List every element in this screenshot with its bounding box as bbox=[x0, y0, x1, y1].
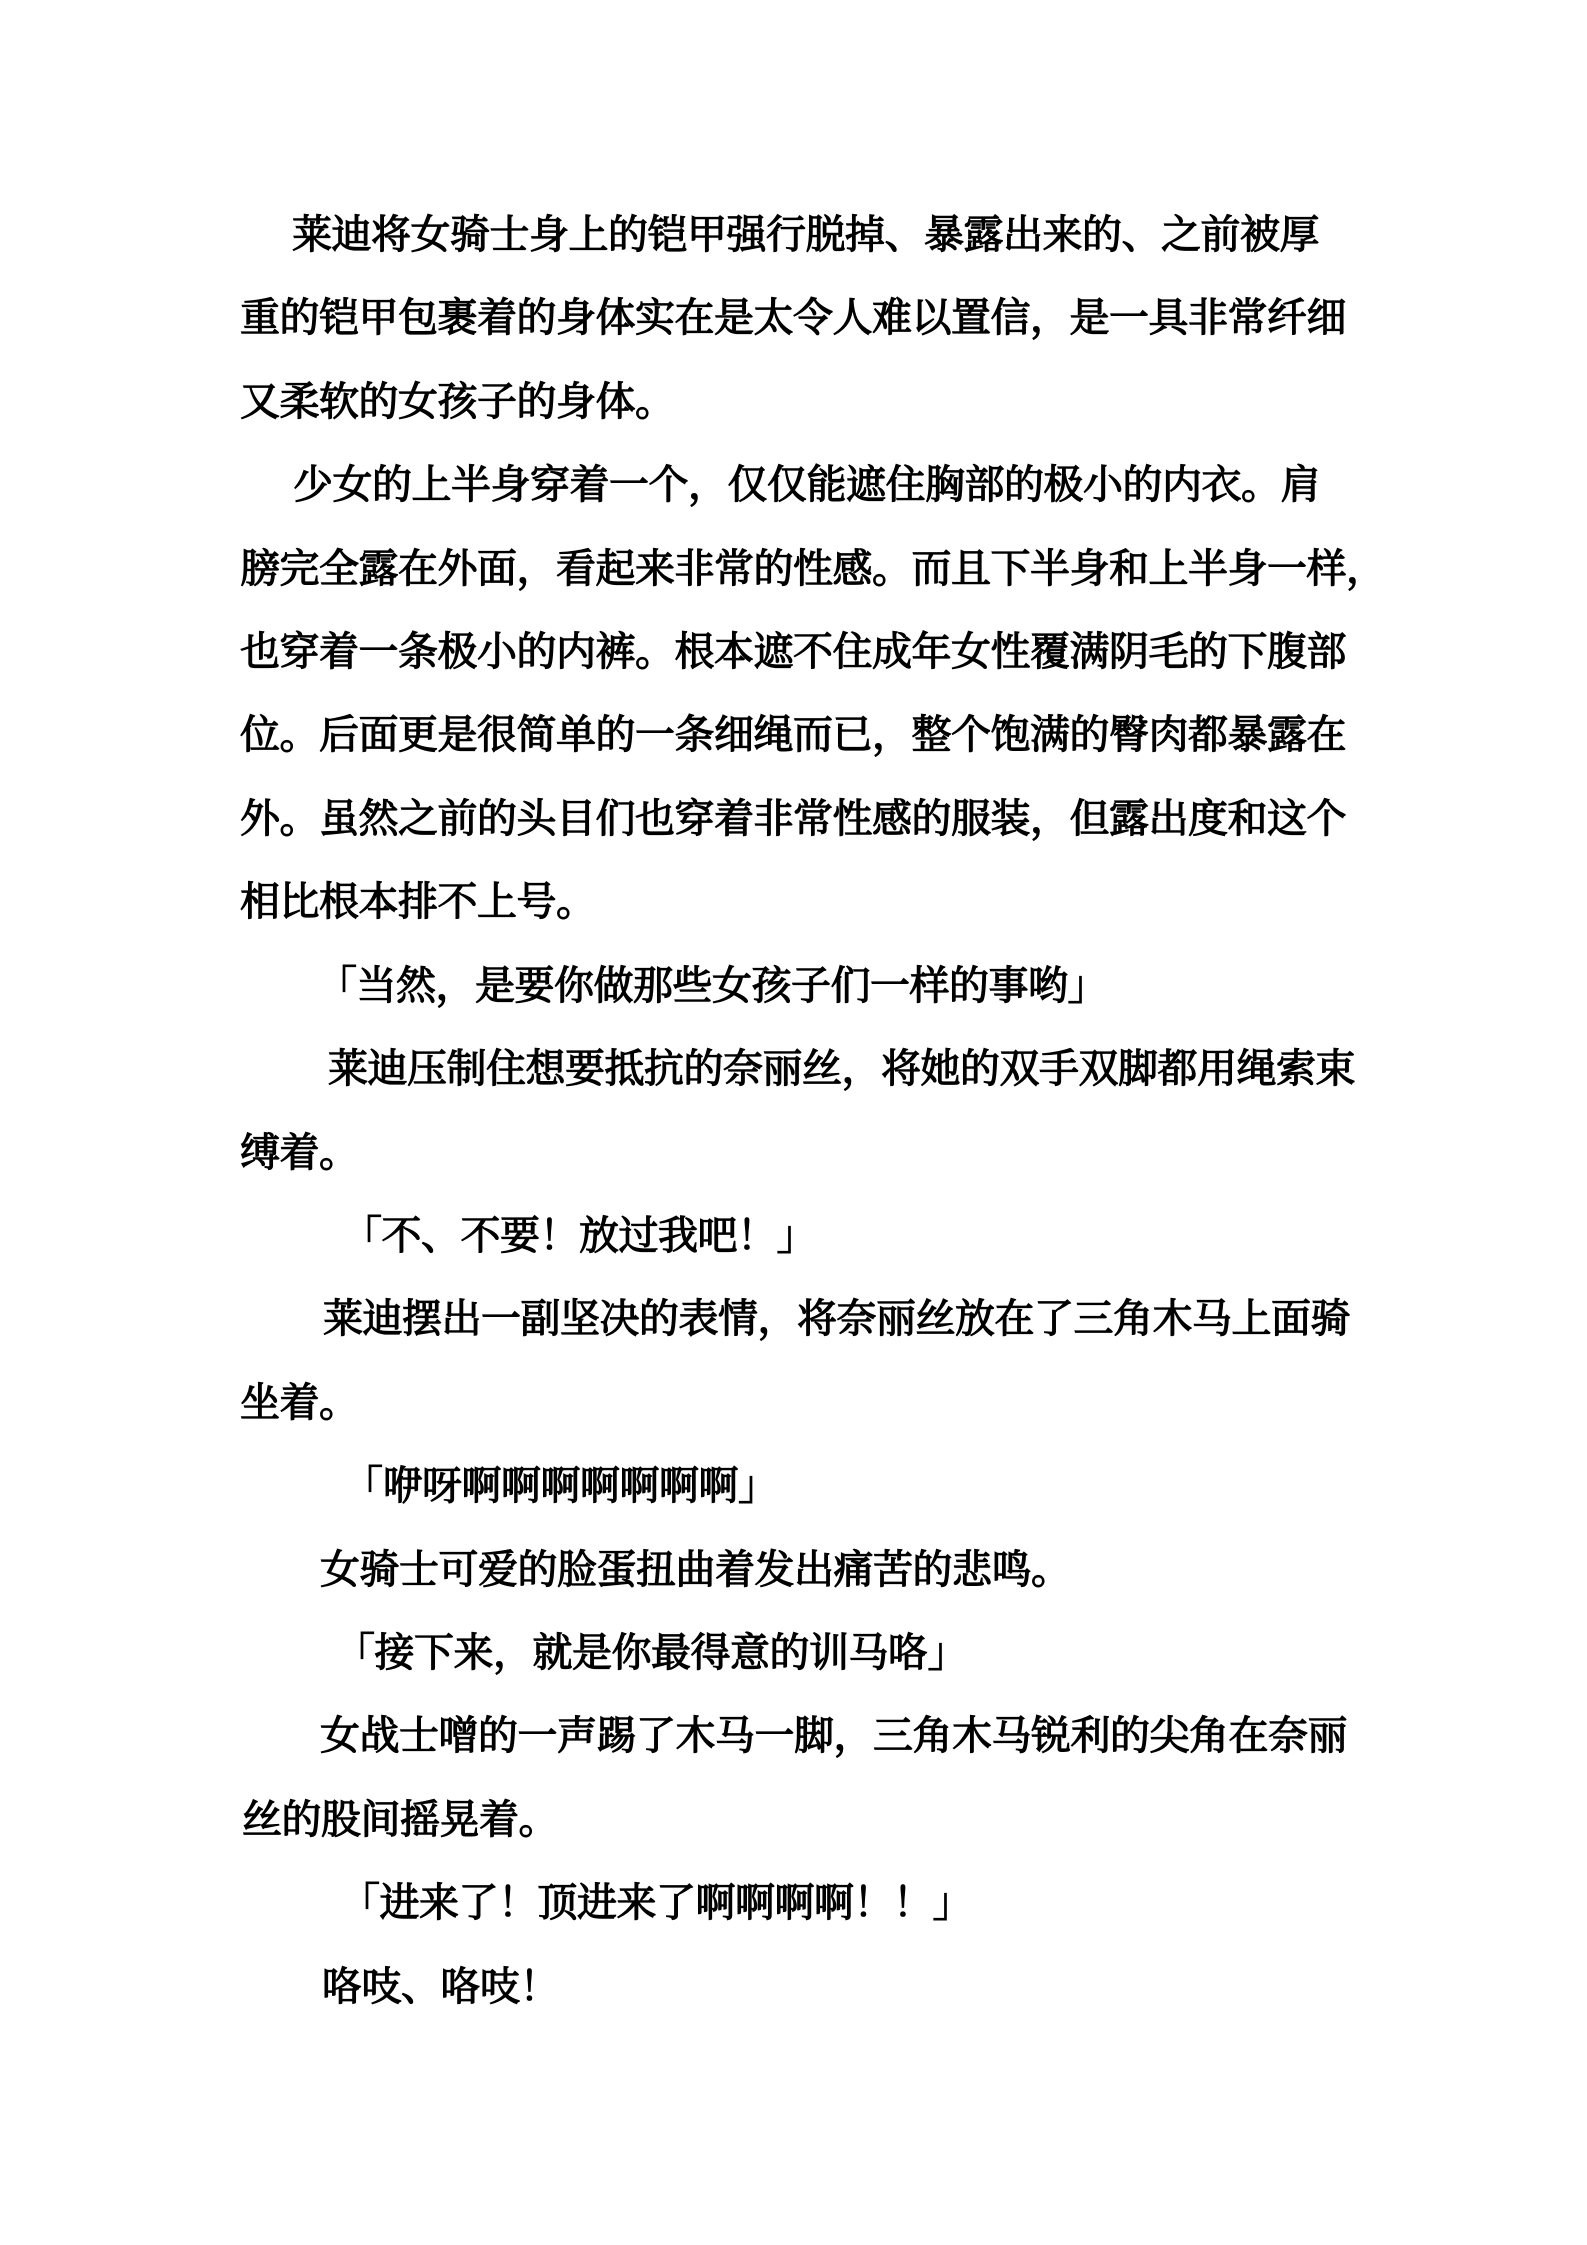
text-line-15: 坐着。 bbox=[240, 1380, 359, 1426]
text-line-8: 外。虽然之前的头目们也穿着非常性感的服装，但露出度和这个 bbox=[240, 796, 1346, 842]
text-line-17: 女骑士可爱的脸蛋扭曲着发出痛苦的悲鸣。 bbox=[320, 1547, 1071, 1593]
text-line-12: 缚着。 bbox=[240, 1130, 359, 1176]
text-line-5: 膀完全露在外面，看起来非常的性感。而且下半身和上半身一样， bbox=[240, 546, 1386, 592]
text-line-16-dialogue: 「咿呀啊啊啊啊啊啊啊」 bbox=[343, 1463, 778, 1509]
text-line-22: 咯吱、咯吱！ bbox=[322, 1964, 559, 2010]
text-line-7: 位。后面更是很简单的一条细绳而已，整个饱满的臀肉都暴露在 bbox=[240, 712, 1346, 758]
text-line-14: 莱迪摆出一副坚决的表情，将奈丽丝放在了三角木马上面骑 bbox=[323, 1296, 1350, 1342]
text-line-18-dialogue: 「接下来，就是你最得意的训马咯」 bbox=[335, 1630, 967, 1676]
text-line-6: 也穿着一条极小的内裤。根本遮不住成年女性覆满阴毛的下腹部 bbox=[240, 629, 1346, 675]
text-line-19: 女战士噌的一声踢了木马一脚，三角木马锐利的尖角在奈丽 bbox=[320, 1713, 1347, 1759]
text-line-13-dialogue: 「不、不要！放过我吧！」 bbox=[342, 1213, 816, 1259]
text-line-21-dialogue: 「进来了！顶进来了啊啊啊啊！！」 bbox=[340, 1880, 972, 1926]
document-page: 莱迪将女骑士身上的铠甲强行脱掉、暴露出来的、之前被厚 重的铠甲包裹着的身体实在是… bbox=[0, 0, 1587, 2245]
text-line-3: 又柔软的女孩子的身体。 bbox=[240, 379, 675, 425]
text-line-9: 相比根本排不上号。 bbox=[240, 879, 596, 925]
text-line-2: 重的铠甲包裹着的身体实在是太令人难以置信，是一具非常纤细 bbox=[240, 295, 1346, 341]
text-line-4: 少女的上半身穿着一个，仅仅能遮住胸部的极小的内衣。肩 bbox=[293, 462, 1320, 508]
text-line-10-dialogue: 「当然，是要你做那些女孩子们一样的事哟」 bbox=[317, 963, 1107, 1009]
text-line-1: 莱迪将女骑士身上的铠甲强行脱掉、暴露出来的、之前被厚 bbox=[292, 212, 1319, 258]
text-line-11: 莱迪压制住想要抵抗的奈丽丝，将她的双手双脚都用绳索束 bbox=[328, 1046, 1355, 1092]
text-line-20: 丝的股间摇晃着。 bbox=[242, 1797, 558, 1843]
